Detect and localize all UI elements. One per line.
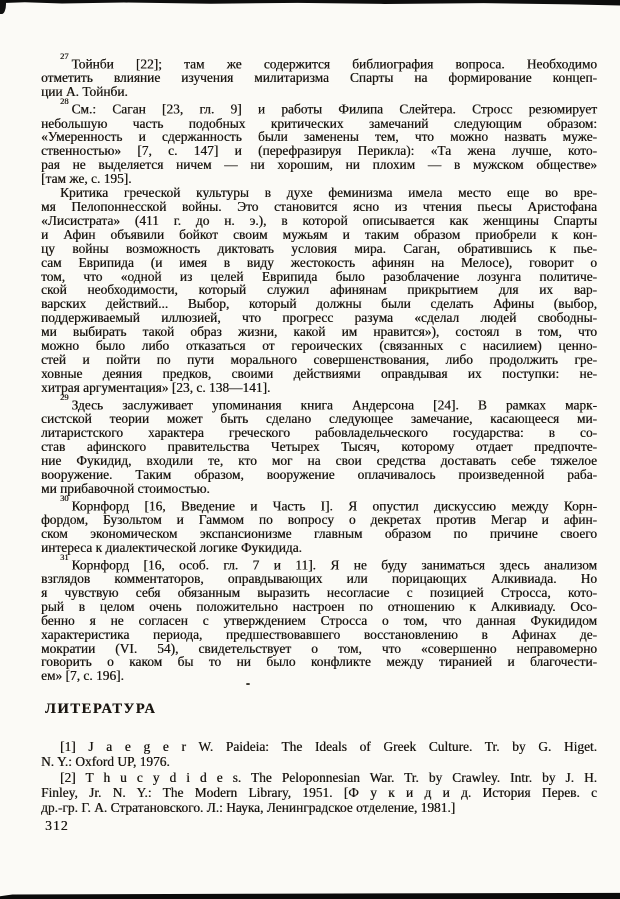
text-line: сам Еврипида (и имея в виду жестокость а… bbox=[41, 256, 597, 270]
text-line: N. Y.: Oxford UP, 1976. bbox=[41, 754, 597, 769]
literature-heading: ЛИТЕРАТУРА bbox=[45, 701, 156, 718]
text-line: отметить влияние изучения милитаризма Сп… bbox=[41, 71, 597, 85]
footnote-number: 29 bbox=[60, 392, 69, 402]
text-line: мократии (VI. 54), свидетельствует о том… bbox=[41, 642, 597, 656]
text-line: 29Здесь заслуживает упоминания книга Анд… bbox=[41, 395, 597, 412]
scan-artifact-speck bbox=[246, 683, 250, 685]
text-line: ем» [7, с. 196]. bbox=[41, 669, 597, 683]
text-line: литаристского характера греческого рабов… bbox=[41, 426, 597, 440]
text-line: ственностью» [7, с. 147] и (перефразируя… bbox=[41, 144, 597, 158]
text-line: [там же, с. 195]. bbox=[41, 172, 597, 186]
text-line: рая не выделяется ничем — ни хорошим, ни… bbox=[41, 158, 597, 172]
text-line: и Афин объявили бойкот своим мужьям и та… bbox=[41, 228, 597, 242]
references-block: [1] J a e g e r W. Paideia: The Ideals o… bbox=[41, 739, 597, 815]
text-line: мя Пелопоннесской войны. Это становится … bbox=[41, 200, 597, 214]
text-line: «Лисистрата» (411 г. до н. э.), в которо… bbox=[41, 214, 597, 228]
footnote-paragraph: Критика греческой культуры в духе фемини… bbox=[41, 186, 597, 395]
text-line: интереса к диалектической логике Фукидид… bbox=[41, 541, 597, 555]
text-line: ние Фукидид, входили те, кто мог на свои… bbox=[41, 454, 597, 468]
footnote-paragraph: 30Корнфорд [16, Введение и Часть I]. Я о… bbox=[41, 496, 597, 555]
scan-artifact-top-edge bbox=[0, 0, 620, 6]
text-line: ховные деяния предков, своими действиями… bbox=[41, 367, 597, 381]
text-line: стей и пойти по пути морального совершен… bbox=[41, 353, 597, 367]
text-line: рый в целом очень положительно настроен … bbox=[41, 600, 597, 614]
text-line: 27Тойнби [22]; там же содержится библиог… bbox=[41, 54, 597, 71]
scan-artifact-corner-mark bbox=[0, 0, 6, 14]
text-line: вооружение. Таким образом, вооружение оп… bbox=[41, 468, 597, 482]
text-line: характеристика периода, предшествовавшег… bbox=[41, 628, 597, 642]
footnote-paragraph: 27Тойнби [22]; там же содержится библиог… bbox=[41, 54, 597, 99]
text-line: ском экономическом экспансионизме главны… bbox=[41, 527, 597, 541]
footnote-paragraph: 28См.: Саган [23, гл. 9] и работы Филипа… bbox=[41, 99, 597, 186]
text-line: др.-гр. Г. А. Стратановского. Л.: Наука,… bbox=[41, 800, 597, 815]
text-line: небольшую часть подобных критических зам… bbox=[41, 117, 597, 131]
footnote-number: 30 bbox=[60, 493, 69, 503]
text-line: ции А. Тойнби. bbox=[41, 85, 597, 99]
page-number: 312 bbox=[45, 818, 69, 834]
text-line: Критика греческой культуры в духе фемини… bbox=[41, 186, 597, 200]
text-line: Finley, Jr. N. Y.: The Modern Library, 1… bbox=[41, 785, 597, 800]
footnote-paragraph: 29Здесь заслуживает упоминания книга Анд… bbox=[41, 395, 597, 496]
text-line: варских действий... Выбор, который должн… bbox=[41, 297, 597, 311]
text-line: взглядов комментаторов, оправдывающих ил… bbox=[41, 572, 597, 586]
footnote-number: 28 bbox=[60, 96, 69, 106]
text-line: том, что «одной из целей Еврипида было р… bbox=[41, 270, 597, 284]
text-line: ми выбирать такой образ жизни, какой им … bbox=[41, 325, 597, 339]
text-line: цу войны возможность диктовать условия м… bbox=[41, 242, 597, 256]
footnotes-block: 27Тойнби [22]; там же содержится библиог… bbox=[41, 54, 597, 683]
footnote-number: 31 bbox=[60, 552, 69, 562]
text-line: фордом, Бузольтом и Гаммом по вопросу о … bbox=[41, 513, 597, 527]
scanned-book-page: 27Тойнби [22]; там же содержится библиог… bbox=[0, 0, 620, 899]
text-line: [2] T h u c y d i d e s. The Peloponnesi… bbox=[41, 770, 597, 785]
text-line: говорить о каком бы то ни было конфликте… bbox=[41, 655, 597, 669]
footnote-number: 27 bbox=[60, 51, 69, 61]
text-line: став афинского правительства Четырех Тыс… bbox=[41, 440, 597, 454]
text-line: «Умеренность и сдержанность были заменен… bbox=[41, 130, 597, 144]
reference-item: [1] J a e g e r W. Paideia: The Ideals o… bbox=[41, 739, 597, 770]
text-line: поддерживаемый иллюзией, что прогресс ра… bbox=[41, 311, 597, 325]
text-line: 30Корнфорд [16, Введение и Часть I]. Я о… bbox=[41, 496, 597, 513]
footnote-paragraph: 31Корнфорд [16, особ. гл. 7 и 11]. Я не … bbox=[41, 555, 597, 684]
scan-artifact-bottom-edge bbox=[0, 892, 620, 899]
text-line: ми прибавочной стоимостью. bbox=[41, 482, 597, 496]
text-line: хитрая аргументация» [23, с. 138—141]. bbox=[41, 381, 597, 395]
text-line: [1] J a e g e r W. Paideia: The Ideals o… bbox=[41, 739, 597, 754]
text-line: можно было либо отказаться от героически… bbox=[41, 339, 597, 353]
text-line: 31Корнфорд [16, особ. гл. 7 и 11]. Я не … bbox=[41, 555, 597, 572]
text-line: я чувствую себя обязанным выразить несог… bbox=[41, 586, 597, 600]
text-line: 28См.: Саган [23, гл. 9] и работы Филипа… bbox=[41, 99, 597, 116]
reference-item: [2] T h u c y d i d e s. The Peloponnesi… bbox=[41, 770, 597, 816]
text-line: бенно я не согласен с утверждением Строс… bbox=[41, 614, 597, 628]
text-line: систской теории может быть сделано следу… bbox=[41, 412, 597, 426]
text-line: ской необходимости, который служил афиня… bbox=[41, 283, 597, 297]
